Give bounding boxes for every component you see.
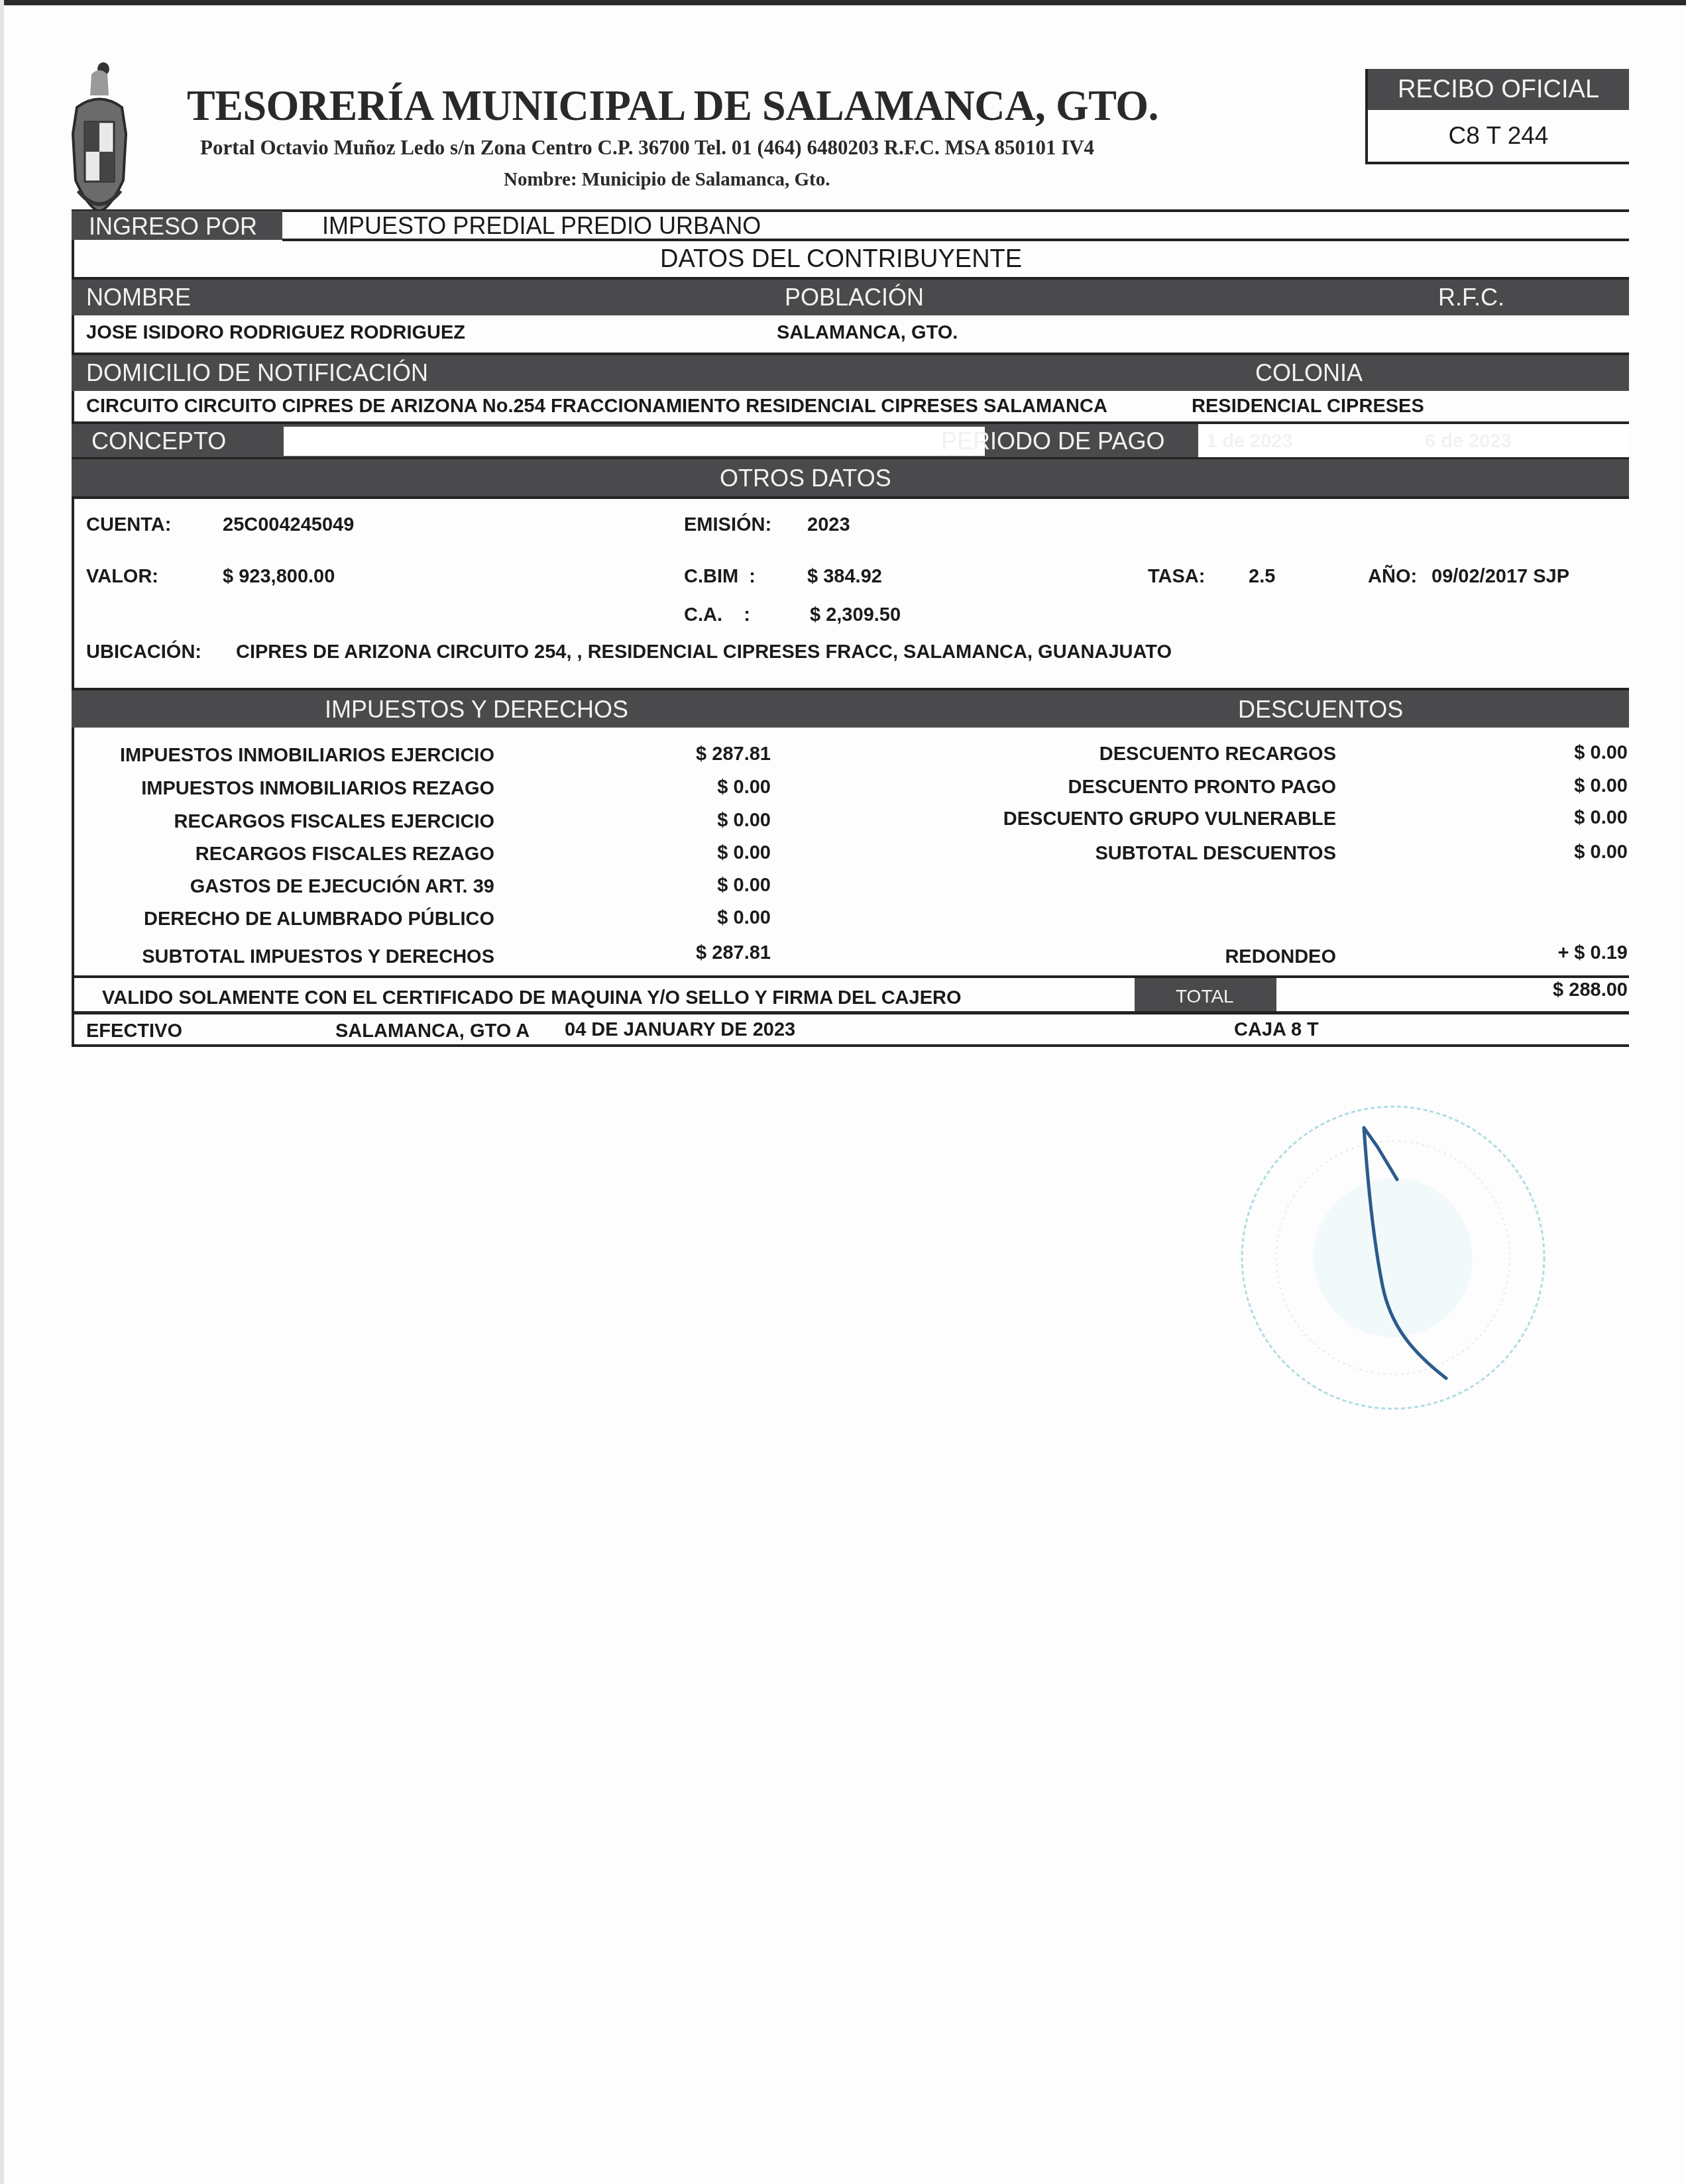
descuento-item-amount: $ 0.00 [0,742,1628,764]
header-domicilio: DOMICILIO DE NOTIFICACIÓN [86,359,428,387]
official-seal-stamp-icon [1219,1087,1577,1445]
valor-value: $ 923,800.00 [223,566,335,588]
page-title: TESORERÍA MUNICIPAL DE SALAMANCA, GTO. [187,81,1158,131]
cuenta-label: CUENTA: [86,514,171,536]
ingreso-label: INGRESO POR [89,213,257,241]
institution-name: Nombre: Municipio de Salamanca, Gto. [504,169,830,191]
header-colonia: COLONIA [1255,359,1363,387]
periodo-field: 1 de 2023 6 de 2023 [1198,424,1629,459]
rule [72,975,1629,978]
periodo-desde: 1 de 2023 [1206,431,1293,453]
domicilio-header-bar: DOMICILIO DE NOTIFICACIÓN COLONIA [72,353,1629,391]
periodo-hasta: 6 de 2023 [1425,431,1512,453]
concepto-row: CONCEPTO PERIODO DE PAGO 1 de 2023 6 de … [72,421,1629,459]
domicilio-value: CIRCUITO CIRCUITO CIPRES DE ARIZONA No.2… [86,396,1107,417]
ca-label: C.A. : [684,604,750,626]
institution-address: Portal Octavio Muñoz Ledo s/n Zona Centr… [200,136,1094,160]
receipt-number: C8 T 244 [1368,113,1629,159]
caja: CAJA 8 T [1234,1019,1319,1041]
descuentos-title: DESCUENTOS [1238,696,1403,724]
otros-datos-bar: OTROS DATOS [72,457,1629,499]
rule [72,1044,1629,1047]
contribuyente-header-bar: NOMBRE POBLACIÓN R.F.C. [72,277,1629,315]
ingreso-label-cell: INGRESO POR [72,211,282,240]
municipal-coat-of-arms-icon [72,61,127,215]
concepto-field [284,427,985,456]
rule [72,209,1629,212]
scan-edge-left [0,0,4,2184]
tasa-value: 2.5 [1249,566,1275,588]
impuesto-item-amount: $ 0.00 [0,875,771,897]
ubicacion-value: CIPRES DE ARIZONA CIRCUITO 254, , RESIDE… [236,641,1172,663]
colonia-value: RESIDENCIAL CIPRESES [1192,396,1424,417]
header-nombre: NOMBRE [86,284,191,311]
ingreso-value: IMPUESTO PREDIAL PREDIO URBANO [322,212,761,240]
lugar: SALAMANCA, GTO A [335,1020,530,1042]
otros-datos-title: OTROS DATOS [720,464,891,492]
impuestos-descuentos-bar: IMPUESTOS Y DERECHOS DESCUENTOS [72,688,1629,728]
total-value: $ 288.00 [0,979,1628,1001]
descuento-item-amount: $ 0.00 [0,775,1628,797]
anio-label: AÑO: [1368,566,1417,588]
emision-label: EMISIÓN: [684,514,771,536]
header-poblacion: POBLACIÓN [785,284,924,311]
contribuyente-poblacion: SALAMANCA, GTO. [777,322,958,344]
periodo-label: PERIODO DE PAGO [941,427,1164,455]
tasa-label: TASA: [1148,566,1205,588]
cbim-label: C.BIM : [684,566,756,588]
forma-pago: EFECTIVO [86,1020,182,1042]
scan-edge-top [0,0,1686,5]
impuesto-item-amount: $ 0.00 [0,907,771,929]
descuento-item-amount: $ 0.00 [0,807,1628,829]
valor-label: VALOR: [86,566,158,588]
cbim-value: $ 384.92 [807,566,882,588]
concepto-label: CONCEPTO [91,427,226,455]
rule [282,239,1629,241]
cuenta-value: 25C004245049 [223,514,354,536]
fecha: 04 DE JANUARY DE 2023 [565,1019,795,1041]
ubicacion-label: UBICACIÓN: [86,641,201,663]
rule [72,1011,1629,1014]
receipt-label: RECIBO OFICIAL [1368,69,1629,110]
section-title-contribuyente: DATOS DEL CONTRIBUYENTE [660,245,1022,274]
receipt-number-box: RECIBO OFICIAL C8 T 244 [1365,69,1629,164]
impuestos-title: IMPUESTOS Y DERECHOS [325,696,628,724]
emision-value: 2023 [807,514,850,536]
header-rfc: R.F.C. [1438,284,1504,311]
anio-value: 09/02/2017 SJP [1432,566,1569,588]
contribuyente-nombre: JOSE ISIDORO RODRIGUEZ RODRIGUEZ [86,322,465,344]
descuentos-subtotal-value: $ 0.00 [0,842,1628,863]
ca-value: $ 2,309.50 [810,604,901,626]
redondeo-value: + $ 0.19 [0,942,1628,964]
